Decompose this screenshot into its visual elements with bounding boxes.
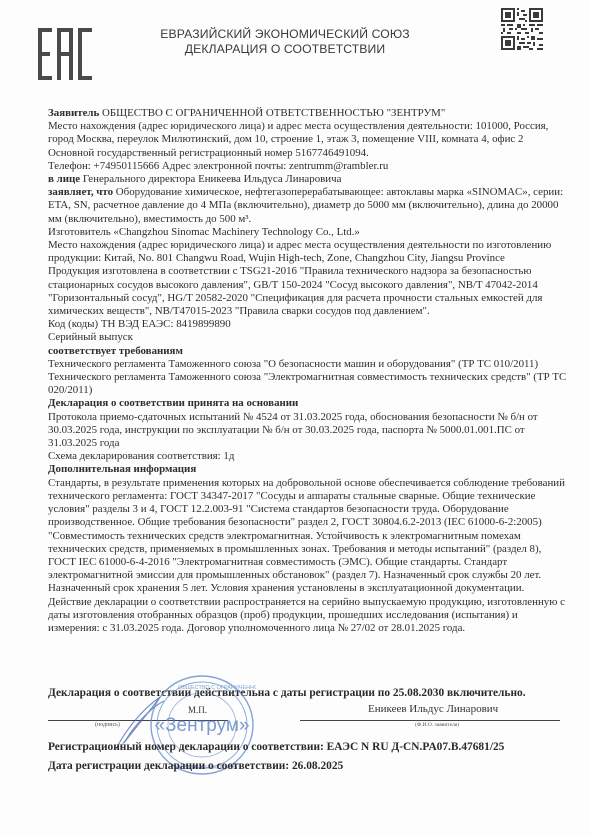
requirement-item: Технического регламента Таможенного союз… [48, 358, 568, 371]
applicant-line: Заявитель ОБЩЕСТВО С ОГРАНИЧЕННОЙ ОТВЕТС… [48, 107, 568, 120]
signer-caption: (Ф.И.О. заявителя) [415, 722, 459, 728]
basis-heading: Декларация о соответствии принята на осн… [48, 397, 568, 410]
additional-heading: Дополнительная информация [48, 463, 568, 476]
applicant-address: Место нахождения (адрес юридического лиц… [48, 120, 568, 146]
product-line: заявляет, что Оборудование химическое, н… [48, 186, 568, 226]
production-standards: Продукция изготовлена в соответствии с T… [48, 265, 568, 318]
document-header: ЕВРАЗИЙСКИЙ ЭКОНОМИЧЕСКИЙ СОЮЗ ДЕКЛАРАЦИ… [140, 27, 430, 57]
requirement-item: Технического регламента Таможенного союз… [48, 371, 568, 397]
declaration-page: ЕВРАЗИЙСКИЙ ЭКОНОМИЧЕСКИЙ СОЮЗ ДЕКЛАРАЦИ… [0, 0, 590, 835]
signer-name-line [300, 720, 560, 721]
hs-code: Код (коды) ТН ВЭД ЕАЭС: 8419899890 [48, 318, 568, 331]
additional-text: Стандарты, в результате применения котор… [48, 477, 568, 635]
representative-line: в лице Генерального директора Еникеева И… [48, 173, 568, 186]
basis-text: Протокола приемо-сдаточных испытаний № 4… [48, 411, 568, 451]
applicant-contacts: Телефон: +74950115666 Адрес электронной … [48, 160, 568, 173]
registration-number: Регистрационный номер декларации о соотв… [48, 741, 504, 753]
stamp-text: «Зентрум» [154, 715, 249, 736]
declaration-scheme: Схема декларирования соответствия: 1д [48, 450, 568, 463]
applicant-name: ОБЩЕСТВО С ОГРАНИЧЕННОЙ ОТВЕТСТВЕННОСТЬЮ… [99, 107, 445, 119]
requirements-heading: соответствует требованиям [48, 345, 568, 358]
declares-label: заявляет, что [48, 186, 113, 198]
product-description: Оборудование химическое, нефтегазоперера… [48, 186, 563, 224]
applicant-label: Заявитель [48, 107, 99, 119]
svg-text:ОБЩЕСТВО С ОГРАНИЧЕННОЙ: ОБЩЕСТВО С ОГРАНИЧЕННОЙ [178, 683, 256, 691]
union-title: ЕВРАЗИЙСКИЙ ЭКОНОМИЧЕСКИЙ СОЮЗ [140, 27, 430, 42]
representative-name: Генерального директора Еникеева Ильдуса … [80, 173, 341, 185]
eac-logo-icon [38, 28, 94, 80]
serial-release: Серийный выпуск [48, 331, 568, 344]
registration-date: Дата регистрации декларации о соответств… [48, 760, 343, 772]
applicant-ogrn: Основной государственный регистрационный… [48, 147, 568, 160]
qr-code-icon[interactable] [501, 8, 543, 50]
signer-name: Еникеев Ильдус Линарович [368, 703, 498, 715]
representative-label: в лице [48, 173, 80, 185]
manufacturer-address: Место нахождения (адрес юридического лиц… [48, 239, 568, 265]
manufacturer: Изготовитель «Changzhou Sinomac Machiner… [48, 226, 568, 239]
document-title: ДЕКЛАРАЦИЯ О СООТВЕТСТВИИ [140, 42, 430, 57]
declaration-body: Заявитель ОБЩЕСТВО С ОГРАНИЧЕННОЙ ОТВЕТС… [48, 107, 568, 635]
